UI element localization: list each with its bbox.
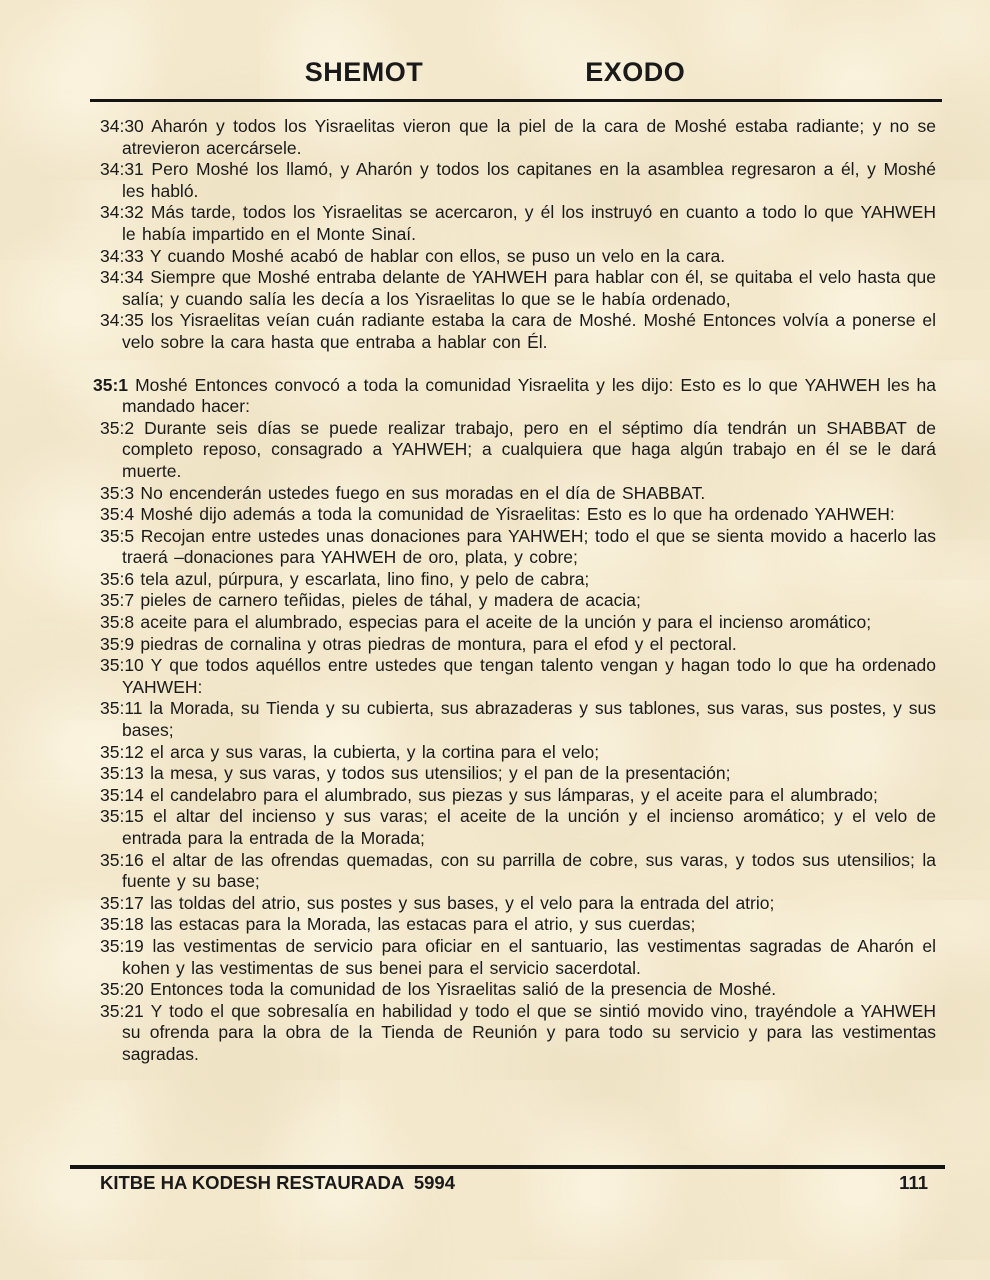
page-footer: KITBE HA KODESH RESTAURADA 5994 111 [100, 1172, 928, 1194]
verse-34-30: 34:30 Aharón y todos los Yisraelitas vie… [100, 116, 936, 159]
verse-list: 34:30 Aharón y todos los Yisraelitas vie… [100, 116, 936, 1066]
verse-ref: 35:8 [100, 612, 134, 632]
verse-35-10: 35:10 Y que todos aquéllos entre ustedes… [100, 655, 936, 698]
verse-35-13: 35:13 la mesa, y sus varas, y todos sus … [100, 763, 936, 785]
verse-34-35: 34:35 los Yisraelitas veían cuán radiant… [100, 310, 936, 353]
verse-ref: 35:1 [93, 375, 128, 395]
verse-ref: 35:15 [100, 806, 144, 826]
verse-34-34: 34:34 Siempre que Moshé entraba delante … [100, 267, 936, 310]
verse-35-6: 35:6 tela azul, púrpura, y escarlata, li… [100, 569, 936, 591]
page-number: 111 [899, 1172, 928, 1194]
page-header: SHEMOT EXODO [0, 57, 990, 88]
verse-35-18: 35:18 las estacas para la Morada, las es… [100, 914, 936, 936]
verse-35-9: 35:9 piedras de cornalina y otras piedra… [100, 634, 936, 656]
verse-34-33: 34:33 Y cuando Moshé acabó de hablar con… [100, 246, 936, 268]
verse-ref: 35:14 [100, 785, 144, 805]
verse-ref: 34:32 [100, 202, 144, 222]
verse-35-14: 35:14 el candelabro para el alumbrado, s… [100, 785, 936, 807]
verse-34-31: 34:31 Pero Moshé los llamó, y Aharón y t… [100, 159, 936, 202]
header-title-exodo: EXODO [585, 57, 685, 88]
verse-35-19: 35:19 las vestimentas de servicio para o… [100, 936, 936, 979]
verse-34-32: 34:32 Más tarde, todos los Yisraelitas s… [100, 202, 936, 245]
verse-ref: 35:5 [100, 526, 134, 546]
verse-35-16: 35:16 el altar de las ofrendas quemadas,… [100, 850, 936, 893]
verse-ref: 35:10 [100, 655, 144, 675]
verse-ref: 34:30 [100, 116, 144, 136]
verse-35-11: 35:11 la Morada, su Tienda y su cubierta… [100, 698, 936, 741]
footer-edition-title: KITBE HA KODESH RESTAURADA 5994 [100, 1172, 455, 1194]
verse-35-21: 35:21 Y todo el que sobresalía en habili… [100, 1001, 936, 1066]
verse-ref: 35:7 [100, 590, 134, 610]
verse-ref: 35:12 [100, 742, 144, 762]
verse-ref: 35:9 [100, 634, 134, 654]
verse-ref: 35:2 [100, 418, 134, 438]
verse-35-15: 35:15 el altar del incienso y sus varas;… [100, 806, 936, 849]
verse-35-12: 35:12 el arca y sus varas, la cubierta, … [100, 742, 936, 764]
verse-ref: 34:31 [100, 159, 144, 179]
verse-35-5: 35:5 Recojan entre ustedes unas donacion… [100, 526, 936, 569]
scripture-page: SHEMOT EXODO 34:30 Aharón y todos los Yi… [0, 0, 990, 1280]
verse-ref: 34:33 [100, 246, 144, 266]
verse-ref: 34:35 [100, 310, 144, 330]
header-title-shemot: SHEMOT [305, 57, 424, 88]
verse-ref: 35:3 [100, 483, 134, 503]
verse-ref: 35:11 [100, 698, 143, 718]
verse-ref: 35:17 [100, 893, 144, 913]
header-rule [90, 99, 942, 102]
verse-35-4: 35:4 Moshé dijo además a toda la comunid… [100, 504, 936, 526]
verse-35-17: 35:17 las toldas del atrio, sus postes y… [100, 893, 936, 915]
verse-ref: 35:21 [100, 1001, 144, 1021]
verse-35-20: 35:20 Entonces toda la comunidad de los … [100, 979, 936, 1001]
verse-35-8: 35:8 aceite para el alumbrado, especias … [100, 612, 936, 634]
verse-ref: 35:16 [100, 850, 144, 870]
verse-ref: 34:34 [100, 267, 144, 287]
verse-ref: 35:19 [100, 936, 144, 956]
verse-ref: 35:13 [100, 763, 144, 783]
verse-35-1: 35:1 Moshé Entonces convocó a toda la co… [100, 375, 936, 418]
verse-ref: 35:6 [100, 569, 134, 589]
verse-ref: 35:20 [100, 979, 144, 999]
verse-35-2: 35:2 Durante seis días se puede realizar… [100, 418, 936, 483]
verse-ref: 35:18 [100, 914, 144, 934]
verse-35-7: 35:7 pieles de carnero teñidas, pieles d… [100, 590, 936, 612]
verse-35-3: 35:3 No encenderán ustedes fuego en sus … [100, 483, 936, 505]
verse-ref: 35:4 [100, 504, 134, 524]
footer-rule [70, 1165, 945, 1169]
